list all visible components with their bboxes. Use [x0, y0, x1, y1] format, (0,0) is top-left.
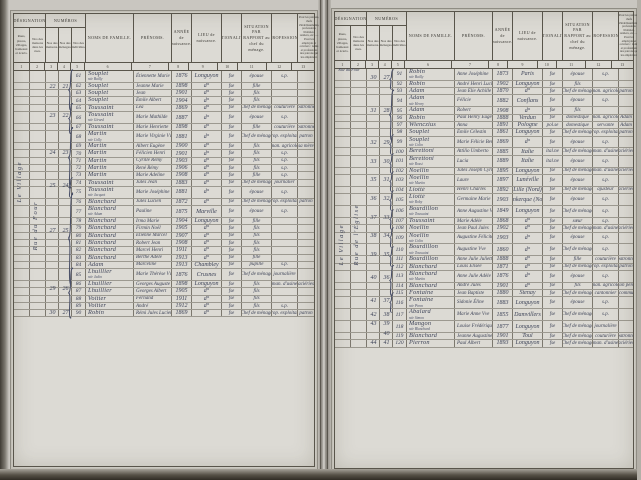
cell-annee-text: 1888 — [497, 115, 509, 121]
cell-nationalite: fse — [543, 218, 563, 224]
cell-observations — [619, 244, 633, 255]
cell-no-individu: 114 — [393, 283, 407, 289]
cell-lieu: d° — [513, 137, 543, 148]
maiden-name-annotation: née Piron — [409, 305, 423, 309]
cell-observations-text: patron — [619, 264, 632, 269]
cell-annee: 1887 — [172, 112, 192, 123]
cell-lieu-text: d° — [204, 247, 209, 253]
cell-no-rue — [351, 321, 367, 332]
cell-annee-text: 1882 — [497, 98, 509, 104]
cell-profession-text: journalière — [594, 324, 616, 329]
cell-no-menage — [59, 172, 72, 178]
cell-no-maison — [367, 290, 380, 296]
column-header-prenoms: PRÉNOMS. — [455, 12, 493, 60]
cell-annee: 1855 — [493, 309, 513, 320]
cell-nationalite: fse — [222, 269, 242, 280]
cell-profession-text: cantonnier — [595, 291, 617, 296]
cell-no-rue — [30, 288, 46, 294]
cell-profession: journalier — [272, 180, 298, 186]
cell-observations: Adam — [619, 115, 633, 121]
cell-no-rue — [30, 131, 46, 142]
cell-no-individu: 115 — [393, 290, 407, 296]
cell-nom: Blanchard — [86, 218, 134, 224]
cell-profession — [272, 83, 298, 89]
cell-annee: 1905 — [172, 288, 192, 294]
cell-profession: journalière — [272, 269, 298, 280]
cell-nationalite-text: fse — [550, 98, 556, 103]
cell-no-menage — [59, 71, 72, 82]
cell-no-menage — [59, 105, 72, 111]
cell-annee: 1876 — [493, 271, 513, 282]
scan-edge-bottom — [0, 469, 641, 480]
column-header-nos-maisons-rues: Nos des maisons dans les rues. — [351, 26, 367, 60]
cell-situation-text: Chef de ménage — [563, 130, 593, 135]
column-number-row: 12345678910111213 — [335, 60, 633, 68]
cell-nom: Souplet — [86, 90, 134, 96]
cell-profession: man. agricole — [593, 115, 619, 121]
cell-nationalite: fse — [543, 129, 563, 135]
cell-nom: Wienczius — [407, 122, 455, 128]
cell-nationalite-text: fse — [229, 219, 235, 224]
cell-nationalite-text: fse — [229, 91, 235, 96]
cell-no-individu: 86 — [72, 281, 86, 287]
cell-lieu: Longuyon — [192, 281, 222, 287]
cell-no-individu-text: 112 — [396, 264, 404, 270]
cell-no-individu-text: 75 — [76, 189, 82, 195]
cell-annee: 1904 — [172, 97, 192, 103]
cell-annee-text: 1900 — [176, 143, 188, 149]
cell-lieu: d° — [513, 264, 543, 270]
cell-annee-text: 1855 — [497, 312, 509, 318]
cell-lieu: Longuyon — [192, 71, 222, 82]
cell-lieu: d° — [513, 225, 543, 231]
household-number: 33 — [380, 215, 393, 221]
cell-profession: cantonnier — [593, 290, 619, 296]
cell-nom: Toussaint — [86, 180, 134, 186]
cell-nom: Voitier — [86, 296, 134, 302]
cell-observations — [298, 262, 314, 268]
cell-profession-text: s.p. — [602, 300, 609, 305]
cell-observations — [298, 206, 314, 217]
cell-nationalite: fse — [222, 165, 242, 171]
surname-text: Blanchard — [88, 240, 116, 246]
column-number: 6 — [85, 63, 132, 70]
column-header-no-individu: Nos des individus. — [393, 26, 407, 60]
cell-no-maison — [46, 247, 59, 253]
maiden-name-annotation: née Jadin — [88, 276, 102, 280]
cell-no-individu-text: 117 — [396, 312, 404, 318]
cell-observations — [298, 172, 314, 178]
cell-prenoms-text: Léa — [136, 105, 144, 110]
cell-no-individu-text: 76 — [76, 199, 82, 205]
cell-observations — [298, 90, 314, 96]
cell-observations — [619, 194, 633, 205]
cell-annee: 1895 — [493, 168, 513, 174]
cell-no-individu-text: 83 — [76, 255, 82, 261]
cell-annee-text: 1905 — [176, 288, 188, 294]
street-name-vertical: Rue du Four — [32, 201, 39, 250]
cell-situation: Chef de ménage — [242, 199, 272, 205]
cell-profession: man. d'usine — [593, 340, 619, 346]
cell-situation-text: Chef de ménage — [563, 312, 593, 317]
table-row: 100BerettoniAttilio Umberto1885Italieita… — [335, 148, 633, 155]
household-number: 25 — [59, 228, 72, 234]
cell-no-menage — [59, 143, 72, 149]
cell-prenoms: Jean Élie Achille — [455, 88, 493, 94]
table-body: 61Soupletnée BaillyÉtiennette Marie1876L… — [14, 70, 314, 317]
column-header-designation: DÉSIGNATION — [14, 14, 46, 28]
cell-nationalite-text: fse — [550, 82, 556, 87]
cell-no-individu: 66 — [72, 112, 86, 123]
table-row: 64SoupletÉmile Albert1904d°fsefils — [14, 97, 314, 104]
cell-nom: Lhuillier — [86, 288, 134, 294]
cell-situation: épouse — [563, 137, 593, 148]
cell-prenoms: Laure — [455, 175, 493, 186]
cell-prenoms: Sidonie Éline — [455, 297, 493, 308]
cell-profession: s.p. — [272, 262, 298, 268]
cell-no-maison — [367, 95, 380, 106]
cell-profession: s.p. — [593, 244, 619, 255]
cell-profession: s.p. — [272, 158, 298, 164]
cell-situation-text: fils — [253, 151, 259, 156]
cell-no-individu: 101 — [393, 156, 407, 167]
cell-prenoms-text: Étienne Marcel — [136, 233, 167, 238]
cell-rue — [14, 225, 30, 231]
cell-no-menage — [380, 122, 393, 128]
cell-annee-text: 1883 — [497, 300, 509, 306]
cell-nationalite: fse — [543, 244, 563, 255]
cell-nom: Adam — [86, 262, 134, 268]
cell-nom: Robin — [407, 81, 455, 87]
column-number: 13 — [292, 63, 314, 70]
cell-no-maison — [46, 90, 59, 96]
cell-profession: man. d'usine — [593, 168, 619, 174]
cell-profession: couturière — [593, 333, 619, 339]
cell-no-individu: 77 — [72, 206, 86, 217]
cell-rue — [335, 156, 351, 167]
cell-no-menage — [59, 199, 72, 205]
cell-situation-text: épouse — [571, 300, 585, 305]
cell-nom: Martin — [86, 172, 134, 178]
cell-no-individu-text: 62 — [76, 83, 82, 89]
header-label: PROFESSION. — [593, 33, 619, 39]
cell-no-rue — [351, 81, 367, 87]
cell-profession: ajusteur — [593, 187, 619, 193]
column-header-no-menage: Nos des ménages. — [59, 28, 72, 62]
cell-situation-text: fille — [253, 255, 261, 260]
cell-prenoms: Jean — [134, 90, 172, 96]
cell-profession-text: man. d'usine — [272, 282, 297, 287]
cell-no-individu: 109 — [393, 233, 407, 244]
surname-text: Blanchard — [88, 233, 116, 239]
cell-no-individu: 69 — [72, 143, 86, 149]
cell-annee-text: 1898 — [176, 281, 188, 287]
cell-prenoms: André Henri Lucien — [455, 81, 493, 87]
header-label: PRÉNOMS. — [141, 35, 164, 41]
cell-annee: 1901 — [493, 333, 513, 339]
maiden-name-annotation: née Martin — [409, 278, 425, 282]
column-number: 11 — [557, 61, 586, 68]
cell-no-menage — [59, 165, 72, 171]
cell-prenoms-text: Rémi Jules Lucien — [136, 311, 172, 316]
header-label: ANNÉE de naissance. — [493, 27, 513, 44]
cell-prenoms: Albert Eugène — [134, 143, 172, 149]
cell-annee-text: 1901 — [497, 333, 509, 339]
cell-situation: fils — [242, 247, 272, 253]
cell-annee-text: 1904 — [176, 98, 188, 104]
cell-no-individu: 119 — [393, 333, 407, 339]
household-number: 21 — [59, 84, 72, 90]
cell-observations-text: aciéries — [619, 187, 633, 192]
cell-situation: épouse — [563, 297, 593, 308]
cell-rue — [14, 83, 30, 89]
cell-lieu: d° — [192, 199, 222, 205]
cell-profession: s.p. — [272, 71, 298, 82]
table-row: 68Martinnée CollyMarie Virginie Vve1881d… — [14, 131, 314, 143]
surname-text: Noellin — [409, 233, 429, 239]
cell-situation-text: fils — [253, 248, 259, 253]
cell-prenoms-text: Marie Henriette — [136, 125, 168, 130]
cell-observations: patronne — [298, 105, 314, 111]
column-header-annee: ANNÉE de naissance. — [172, 14, 192, 62]
cell-prenoms: René Rémy — [134, 165, 172, 171]
cell-no-rue — [351, 129, 367, 135]
cell-prenoms: Louis Élisée — [455, 264, 493, 270]
cell-nationalite: ital.ne — [543, 156, 563, 167]
household-number: 28 — [380, 108, 393, 114]
cell-lieu: d° — [192, 105, 222, 111]
column-header-designation: DÉSIGNATION — [335, 12, 367, 26]
cell-no-maison — [367, 122, 380, 128]
cell-lieu-text: d° — [204, 83, 209, 89]
cell-nom: Bourdillon — [407, 256, 455, 262]
cell-rue — [335, 115, 351, 121]
cell-lieu: d° — [513, 88, 543, 94]
cell-annee: 1908 — [493, 107, 513, 113]
cell-no-rue — [30, 262, 46, 268]
cell-situation: épouse — [242, 206, 272, 217]
maiden-name-annotation: née Simon — [409, 317, 424, 321]
cell-annee: 1901 — [172, 90, 192, 96]
cell-rue — [335, 81, 351, 87]
cell-no-rue — [30, 255, 46, 261]
cell-annee-text: 1908 — [497, 108, 509, 114]
table-row: 89VoitierAndré1912d°fsefilss.p. — [14, 303, 314, 310]
cell-lieu-text: d° — [204, 134, 209, 140]
header-label: NOMS DE FAMILLE. — [88, 35, 131, 41]
cell-prenoms: Jules Joseph Cyrille — [455, 168, 493, 174]
cell-lieu-text: Toul — [522, 333, 532, 339]
cell-rue — [335, 88, 351, 94]
surname-text: Lhuillier — [88, 288, 112, 294]
cell-prenoms-text: Firmin Noël — [136, 226, 161, 231]
cell-no-rue — [30, 172, 46, 178]
cell-no-individu: 67 — [72, 124, 86, 130]
cell-nom: Toussaint — [86, 105, 134, 111]
cell-observations — [298, 247, 314, 253]
cell-situation: fils — [563, 283, 593, 289]
cell-rue — [335, 168, 351, 174]
cell-profession — [272, 218, 298, 224]
cell-no-individu-text: 100 — [395, 149, 403, 155]
cell-annee-text: 1871 — [497, 264, 509, 270]
cell-no-maison — [367, 168, 380, 174]
cell-lieu: d° — [192, 158, 222, 164]
surname-text: Pierron — [409, 340, 430, 346]
cell-no-menage — [380, 283, 393, 289]
house-number: 38 — [367, 233, 380, 239]
cell-no-individu-text: 111 — [396, 256, 403, 262]
cell-situation-text: domestique — [566, 123, 589, 128]
cell-no-rue — [351, 283, 367, 289]
cell-observations — [298, 269, 314, 280]
cell-no-individu-text: 68 — [76, 134, 82, 140]
cell-situation: Chef de ménage — [563, 168, 593, 174]
cell-situation: fils — [242, 303, 272, 309]
cell-annee-text: 1898 — [176, 83, 188, 89]
cell-no-individu: 107 — [393, 218, 407, 224]
cell-no-individu-text: 82 — [76, 247, 82, 253]
cell-situation-text: fille — [253, 125, 261, 130]
cell-no-individu: 88 — [72, 296, 86, 302]
cell-lieu: d° — [192, 288, 222, 294]
cell-annee-text: 1849 — [497, 208, 509, 214]
cell-no-individu: 63 — [72, 90, 86, 96]
cell-annee-text: 1868 — [497, 218, 509, 224]
cell-nationalite: fse — [543, 175, 563, 186]
cell-profession: s.p. — [272, 187, 298, 198]
cell-rue — [335, 271, 351, 282]
cell-prenoms: Robert — [455, 107, 493, 113]
cell-lieu-text: Lille (Nord) — [513, 187, 542, 193]
cell-annee: 1870 — [493, 88, 513, 94]
header-label: NATIONALITÉ. — [543, 33, 563, 39]
cell-profession-text: prop. exploitant — [272, 199, 298, 204]
cell-no-individu-text: 74 — [76, 180, 82, 186]
cell-nom: Soupletnée Bailly — [86, 71, 134, 82]
cell-profession — [272, 240, 298, 246]
cell-nationalite-text: fse — [229, 74, 235, 79]
cell-nom: Fontainenée Piron — [407, 297, 455, 308]
cell-nom: Souplet — [86, 83, 134, 89]
cell-situation-text: fille — [253, 219, 261, 224]
cell-no-individu: 91 — [393, 69, 407, 80]
cell-annee: 1901 — [172, 150, 192, 156]
cell-annee: 1902 — [493, 81, 513, 87]
cell-rue — [335, 137, 351, 148]
cell-no-rue — [30, 97, 46, 103]
cell-annee: 1904 — [172, 218, 192, 224]
header-label: DÉSIGNATION — [335, 16, 367, 21]
cell-observations — [619, 321, 633, 332]
header-label: LIEU de naissance. — [514, 30, 541, 41]
cell-profession-text: man. d'usine — [593, 168, 618, 173]
cell-lieu: d° — [513, 256, 543, 262]
cell-prenoms-text: Augustine Vve — [457, 247, 486, 252]
cell-profession-text: s.p. — [602, 98, 609, 103]
cell-observations — [298, 180, 314, 186]
cell-lieu-text: Italie — [521, 158, 534, 164]
cell-situation: fille — [242, 172, 272, 178]
house-number: 32 — [367, 140, 380, 146]
cell-nom: Lhuillier — [86, 281, 134, 287]
cell-nationalite: fse — [222, 240, 242, 246]
cell-lieu: Italie — [513, 148, 543, 154]
cell-nationalite-text: fse — [229, 151, 235, 156]
table-row: 63SoupletJean1901d°fsefils — [14, 90, 314, 97]
house-number: 29 — [46, 286, 59, 292]
cell-annee-text: 1887 — [176, 115, 188, 121]
cell-prenoms-text: Marie Adèle — [457, 219, 482, 224]
household-number: 35 — [380, 252, 393, 258]
cell-no-individu: 75 — [72, 187, 86, 198]
cell-no-menage — [59, 269, 72, 280]
cell-nationalite-text: fse — [229, 84, 235, 89]
column-header-profession: PROFESSION. — [593, 12, 619, 60]
cell-no-individu-text: 93 — [397, 88, 403, 94]
cell-annee-text: 1872 — [176, 199, 188, 205]
cell-prenoms-text: Jean Paul Jules — [457, 226, 489, 231]
column-header-situation: SITUATION PAR RAPPORT au chef du ménage. — [242, 14, 272, 62]
cell-nationalite-text: fse — [229, 282, 235, 287]
cell-nationalite: fse — [543, 81, 563, 87]
cell-profession — [593, 107, 619, 113]
cell-profession-text: man. agricole — [593, 89, 619, 94]
cell-nationalite-text: fse — [229, 125, 235, 130]
cell-lieu-text: d° — [204, 288, 209, 294]
cell-nom: Blanchard — [86, 255, 134, 261]
cell-annee: 1903 — [172, 158, 192, 164]
cell-rue — [14, 131, 30, 142]
cell-profession — [272, 247, 298, 253]
cell-nom: Adam — [407, 88, 455, 94]
cell-no-individu: 113 — [393, 271, 407, 282]
census-page-left: DÉSIGNATION Rues, places, villages, hame… — [10, 10, 318, 470]
cell-observations-text: aciéries — [619, 149, 633, 154]
cell-situation-text: Chef de ménage — [242, 199, 272, 204]
header-label: NUMÉROS — [375, 16, 398, 21]
cell-prenoms: Marie Adèle — [455, 218, 493, 224]
cell-nationalite-text: fse — [229, 180, 235, 185]
cell-situation-text: fils — [574, 283, 580, 288]
cell-no-individu-text: 102 — [395, 168, 403, 174]
cell-nationalite-text: fse — [550, 341, 556, 346]
cell-situation: fils — [242, 165, 272, 171]
cell-rue — [14, 247, 30, 253]
cell-nationalite: fse — [543, 107, 563, 113]
cell-rue — [335, 309, 351, 320]
cell-prenoms-text: Anna — [457, 123, 468, 128]
house-number: 39 — [367, 252, 380, 258]
cell-situation-text: fils — [253, 158, 259, 163]
cell-annee: 1875 — [172, 206, 192, 217]
cell-observations — [298, 225, 314, 231]
cell-lieu-text: d° — [204, 151, 209, 157]
cell-no-individu: 85 — [72, 269, 86, 280]
table-row: 102NoellinJules Joseph Cyrille1895Longuy… — [335, 168, 633, 175]
cell-no-individu-text: 78 — [76, 218, 82, 224]
cell-nom: Blanchardnée Martin — [407, 271, 455, 282]
cell-profession-text: s.p. — [281, 209, 288, 214]
cell-no-individu: 68 — [72, 131, 86, 142]
cell-lieu: Italie — [513, 156, 543, 167]
surname-text: Blanchard — [409, 264, 437, 270]
cell-no-individu: 108 — [393, 225, 407, 231]
cell-nom: Toussaintnée Girard — [86, 112, 134, 123]
cell-prenoms: Augustine Félicité — [455, 233, 493, 244]
cell-lieu: d° — [192, 303, 222, 309]
cell-prenoms-text: Paul Henry Eugène — [457, 115, 493, 120]
